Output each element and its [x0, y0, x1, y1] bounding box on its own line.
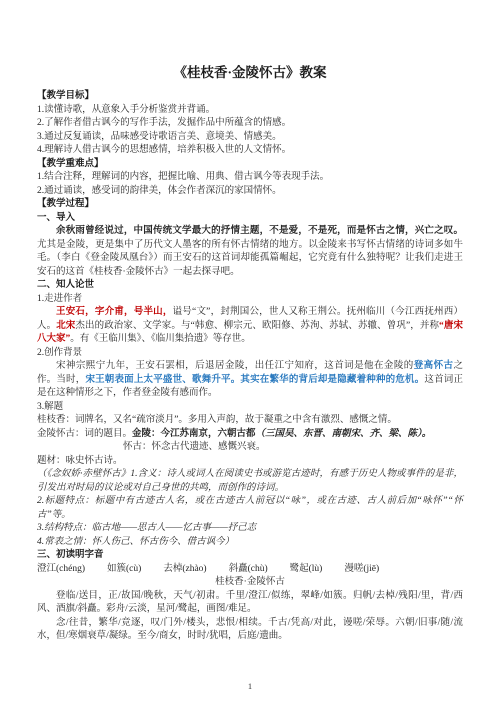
- author-text: 杰出的政治家、文学家。与“韩愈、柳宗元、欧阳修、苏洵、苏轼、苏辙、曾巩”，并称: [75, 321, 439, 331]
- process-header: 【教学过程】: [37, 198, 463, 212]
- section1-heading: 一、导入: [37, 212, 463, 226]
- author-text: 。有《王临川集》、《临川集拾遗》等存世。: [70, 334, 251, 344]
- document-page: 《桂枝香·金陵怀古》教案 【教学目标】 1.读懂诗歌，从意象入手分析鉴赏并背诵。…: [0, 0, 500, 707]
- pinyin-item: 鹭起(lù): [290, 563, 323, 577]
- note-line: 3.结构特点：临古地——思古人——忆古事——抒己志: [37, 522, 463, 536]
- goal-item: 1.读懂诗歌，从意象入手分析鉴赏并背诵。: [37, 104, 463, 118]
- key-point-item: 2.通过诵读，感受词的韵律美，体会作者深沉的家国情怀。: [37, 185, 463, 199]
- poem-title: 桂枝香·金陵怀古: [37, 576, 463, 590]
- pinyin-item: 斜矗(chù): [229, 563, 268, 577]
- pinyin-item: 漫嗟(jiē): [344, 563, 379, 577]
- intro-paragraph: 余秋雨曾经说过，中国传统文学最大的抒情主题，不是爱，不是死，而是怀古之情，兴亡之…: [37, 225, 463, 279]
- goal-item: 2.了解作者借古讽今的写作手法，发掘作品中所蕴含的情感。: [37, 117, 463, 131]
- huaigu-line: 怀古：怀念古代遗迹、感慨兴衰。: [37, 441, 463, 455]
- intro-rest: 尤其是金陵，更是集中了历代文人墨客的所有怀古情绪的地方。以金陵来书写怀古情绪的诗…: [37, 240, 463, 277]
- jinling-label: 金陵怀古：词的题目。: [37, 429, 132, 439]
- pinyin-item: 澄江(chéng): [37, 563, 85, 577]
- section2-heading: 二、知人论世: [37, 279, 463, 293]
- page-title: 《桂枝香·金陵怀古》教案: [37, 64, 463, 82]
- note-line: 4.常表之情：怀人伤己、怀古伤今、借古讽今）: [37, 536, 463, 550]
- jinling-line: 金陵怀古：词的题目。金陵：今江苏南京，六朝古都（三国吴、东晋、南朝宋、齐、梁、陈…: [37, 428, 463, 442]
- section3-heading: 三、初读明字音: [37, 549, 463, 563]
- author-paragraph: 王安石，字介甫，号半山，谥号“文”，封荆国公，世人又称王荆公。抚州临川（今江西抚…: [37, 306, 463, 347]
- page-number: 1: [0, 680, 500, 694]
- background-paragraph: 宋神宗熙宁九年，王安石罢相，后退居金陵，出任江宁知府，这首词是他在金陵的登高怀古…: [37, 360, 463, 401]
- poem-stanza: 登临/送目，正/故国/晚秋，天气/初肃。千里/澄江/似练，翠峰/如簇。归帆/去棹…: [37, 590, 463, 617]
- pinyin-row: 澄江(chéng) 如簇(cù) 去棹(zhào) 斜矗(chù) 鹭起(lù)…: [37, 563, 463, 577]
- author-dynasty: 北宋: [56, 321, 75, 331]
- key-points-header: 【教学重难点】: [37, 158, 463, 172]
- background-text: 宋神宗熙宁九年，王安石罢相，后退居金陵，出任江宁知府，这首词是他在金陵的: [56, 361, 414, 371]
- background-highlight: 宋王朝表面上太平盛世、歌舞升平。其实在繁华的背后却是隐藏着种种的危机。: [85, 375, 424, 385]
- ticai-line: 题材：咏史怀古诗。: [37, 455, 463, 469]
- key-point-item: 1.结合注释，理解词的内容，把握比喻、用典、借古讽今等表现手法。: [37, 171, 463, 185]
- cipai-line: 桂枝香：词牌名，又名“疏帘淡月”。多用入声韵，故于凝重之中含有激烈、感慨之情。: [37, 414, 463, 428]
- note-line: 2.标题特点：标题中有古迹古人名，或在古迹古人前冠以“咏”，或在古迹、古人前后加…: [37, 495, 463, 522]
- section2-sub3: 3.解题: [37, 401, 463, 415]
- jinling-definition: 金陵：今江苏南京，六朝古都: [132, 429, 256, 439]
- pinyin-item: 去棹(zhào): [163, 563, 206, 577]
- jinling-dynasties: （三国吴、东晋、南朝宋、齐、梁、陈）。: [256, 429, 432, 439]
- section2-sub1: 1.走进作者: [37, 293, 463, 307]
- goals-header: 【教学目标】: [37, 90, 463, 104]
- section2-sub2: 2.创作背景: [37, 347, 463, 361]
- author-name: 王安石，字介甫，号半山，: [56, 307, 173, 317]
- poem-stanza: 念/往昔，繁华/竞逐，叹/门外/楼头，悲恨/相续。千古/凭高/对此，谩嗟/荣辱。…: [37, 617, 463, 644]
- intro-quote: 余秋雨曾经说过，中国传统文学最大的抒情主题，不是爱，不是死，而是怀古之情，兴亡之…: [56, 226, 463, 236]
- background-highlight: 登高怀古: [414, 361, 454, 371]
- goal-item: 4.理解诗人借古讽今的思想感情，培养积极入世的人文情怀。: [37, 144, 463, 158]
- note-line: （《念奴娇·赤壁怀古》1.含义：诗人或词人在阅读史书或游览古迹时，有感于历史人物…: [37, 468, 463, 495]
- pinyin-item: 如簇(cù): [107, 563, 141, 577]
- goal-item: 3.通过反复诵读，品味感受诗歌语言美、意境美、情感美。: [37, 131, 463, 145]
